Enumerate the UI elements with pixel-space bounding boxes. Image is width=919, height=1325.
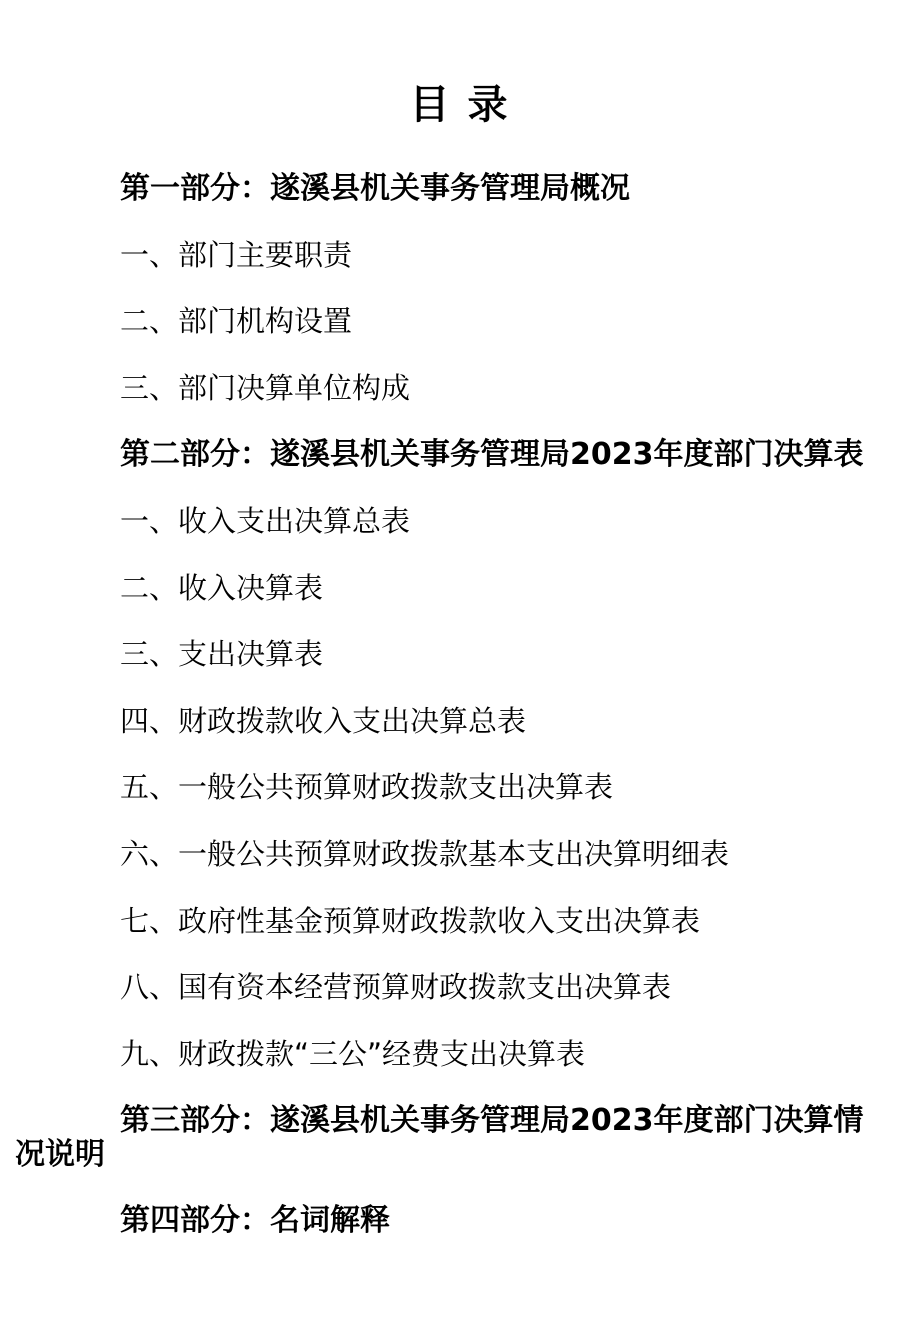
toc-item: 三、支出决算表: [15, 638, 875, 671]
toc-item: 二、收入决算表: [15, 572, 875, 605]
toc-item: 二、部门机构设置: [15, 305, 875, 338]
toc-item: 五、一般公共预算财政拨款支出决算表: [15, 771, 875, 804]
table-of-contents: 第一部分：遂溪县机关事务管理局概况 一、部门主要职责 二、部门机构设置 三、部门…: [15, 172, 875, 1238]
toc-item: 九、财政拨款“三公”经费支出决算表: [15, 1038, 875, 1071]
toc-item: 一、部门主要职责: [15, 239, 875, 272]
toc-item: 七、政府性基金预算财政拨款收入支出决算表: [15, 905, 875, 938]
toc-item: 一、收入支出决算总表: [15, 505, 875, 538]
document-page: 目 录 第一部分：遂溪县机关事务管理局概况 一、部门主要职责 二、部门机构设置 …: [0, 0, 919, 1325]
toc-item: 四、财政拨款收入支出决算总表: [15, 705, 875, 738]
toc-part-heading: 第三部分：遂溪县机关事务管理局2023年度部门决算情况说明: [15, 1104, 875, 1171]
toc-item: 八、国有资本经营预算财政拨款支出决算表: [15, 971, 875, 1004]
toc-item: 六、一般公共预算财政拨款基本支出决算明细表: [15, 838, 875, 871]
toc-item: 三、部门决算单位构成: [15, 372, 875, 405]
toc-part-heading: 第四部分：名词解释: [15, 1204, 875, 1237]
page-title: 目 录: [0, 80, 919, 130]
toc-part-heading: 第一部分：遂溪县机关事务管理局概况: [15, 172, 875, 205]
toc-part-heading: 第二部分：遂溪县机关事务管理局2023年度部门决算表: [15, 438, 875, 471]
